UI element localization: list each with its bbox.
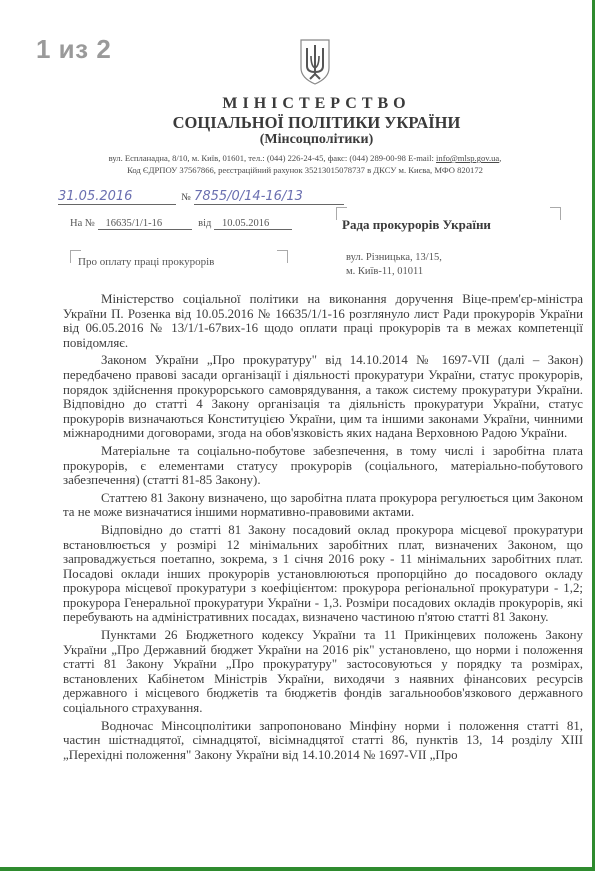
page-counter: 1 из 2 [36,34,111,65]
recipient-block: Рада прокурорів України [336,207,561,237]
registration-number-label: № [181,192,191,203]
viewer-frame-bottom [0,867,595,871]
recipient-address: вул. Різницька, 13/15, м. Київ-11, 01011 [346,251,442,279]
letter-subject: Про оплату праці прокурорів [70,250,288,272]
contacts-line-1: вул. Еспланадна, 8/10, м. Київ, 01601, т… [60,152,550,164]
reference-line: На № 16635/1/1-16 від 10.05.2016 [70,218,292,230]
ukraine-trident-emblem-icon [298,38,332,86]
reference-number: 16635/1/1-16 [98,218,192,230]
registration-line: 31.05.2016 № 7855/0/14-16/13 [58,188,344,205]
ministry-short-name: (Мінсоцполітики) [0,132,595,148]
body-paragraph: Законом України „Про прокуратуру" від 14… [63,353,583,441]
body-paragraph: Відповідно до статті 81 Закону посадовий… [63,523,583,625]
registration-number: 7855/0/14-16/13 [194,189,344,205]
reference-label: На № [70,218,95,229]
ministry-title: МІНІСТЕРСТВО [0,95,595,113]
body-paragraph: Статтею 81 Закону визначено, що заробітн… [63,491,583,520]
contacts-line-2: Код ЄДРПОУ 37567866, реєстраційний рахун… [60,164,550,176]
body-paragraph: Міністерство соціальної політики на вико… [63,292,583,350]
registration-date: 31.05.2016 [58,189,176,205]
body-paragraph: Водночас Мінсоцполітики запропоновано Мі… [63,719,583,763]
body-paragraph: Матеріальне та соціально-побутове забезп… [63,444,583,488]
body-paragraph: Пунктами 26 Бюджетного кодексу України т… [63,628,583,716]
letter-body: Міністерство соціальної політики на вико… [63,292,583,765]
recipient-name: Рада прокурорів України [342,217,491,233]
reference-date: 10.05.2016 [214,218,292,230]
ministry-subtitle: СОЦІАЛЬНОЇ ПОЛІТИКИ УКРАЇНИ [0,113,595,133]
reference-date-label: від [198,218,211,229]
email-link[interactable]: info@mlsp.gov.ua [436,153,499,163]
ministry-contacts: вул. Еспланадна, 8/10, м. Київ, 01601, т… [60,152,550,176]
